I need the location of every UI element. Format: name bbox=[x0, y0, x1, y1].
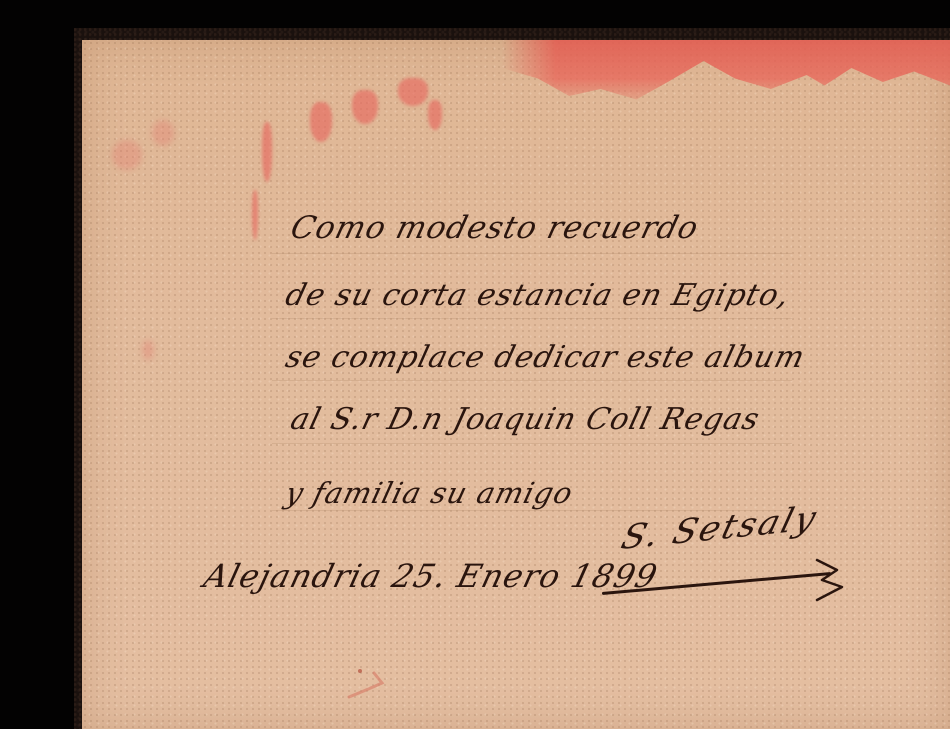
dedication-line-1: Como modesto recuerdo bbox=[287, 210, 703, 246]
stray-red-mark-icon bbox=[344, 665, 394, 705]
dedication-line-3: se complace dedicar este album bbox=[282, 340, 809, 375]
document-photograph: Como modesto recuerdo de su corta estanc… bbox=[0, 0, 950, 729]
place-and-date: Alejandria 25. Enero 1899 bbox=[200, 557, 662, 595]
dedication-line-5: y familia su amigo bbox=[282, 476, 577, 510]
dedication-text: Como modesto recuerdo de su corta estanc… bbox=[82, 40, 950, 729]
signature: S. Setsaly bbox=[617, 499, 822, 558]
signature-flourish-icon bbox=[812, 555, 852, 605]
dedication-line-4: al S.r D.n Joaquin Coll Regas bbox=[287, 402, 764, 437]
dedication-line-2: de su corta estancia en Egipto, bbox=[282, 278, 794, 313]
album-page: Como modesto recuerdo de su corta estanc… bbox=[82, 40, 950, 729]
